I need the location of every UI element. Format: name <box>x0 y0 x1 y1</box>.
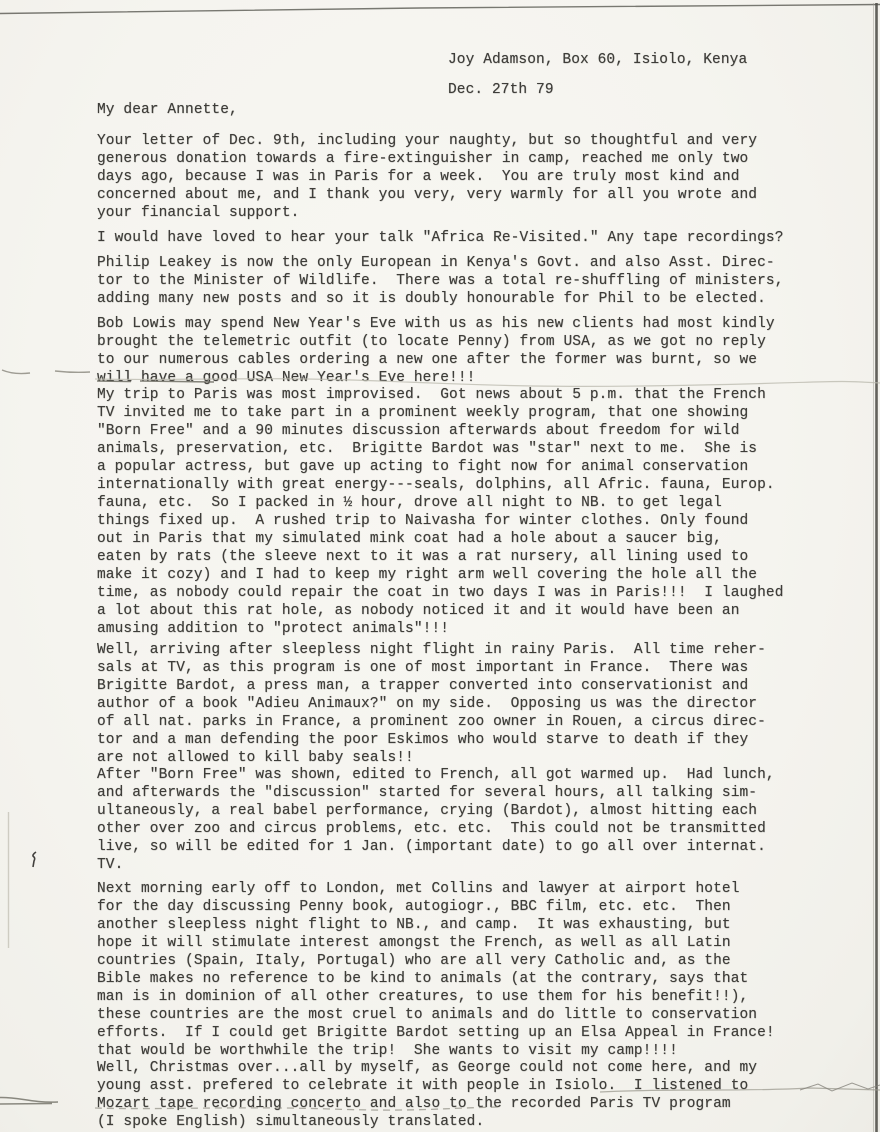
date-line: Dec. 27th 79 <box>448 81 554 99</box>
salutation: My dear Annette, <box>97 101 238 119</box>
fold-crease-lower-left <box>0 1097 58 1104</box>
letter-paragraph: I would have loved to hear your talk "Af… <box>97 229 784 247</box>
pen-mark <box>33 852 36 867</box>
letter-paragraph: Well, arriving after sleepless night fli… <box>97 641 766 767</box>
letter-paragraph: After "Born Free" was shown, edited to F… <box>97 766 775 874</box>
letter-paragraph: My trip to Paris was most improvised. Go… <box>97 386 784 638</box>
letter-paragraph: Next morning early off to London, met Co… <box>97 880 775 1060</box>
sender-address-line: Joy Adamson, Box 60, Isiolo, Kenya <box>448 51 747 69</box>
letter-paragraph: Bob Lowis may spend New Year's Eve with … <box>97 315 775 387</box>
paper-tear-right <box>800 1083 880 1091</box>
letter-paragraph: Well, Christmas over...all by myself, as… <box>97 1059 757 1131</box>
paper-top-edge <box>0 5 880 14</box>
letter-paragraph: Your letter of Dec. 9th, including your … <box>97 132 757 222</box>
letter-sheet: Joy Adamson, Box 60, Isiolo, Kenya Dec. … <box>0 0 880 1132</box>
fold-crease-upper <box>2 370 90 374</box>
letter-paragraph: Philip Leakey is now the only European i… <box>97 254 784 308</box>
